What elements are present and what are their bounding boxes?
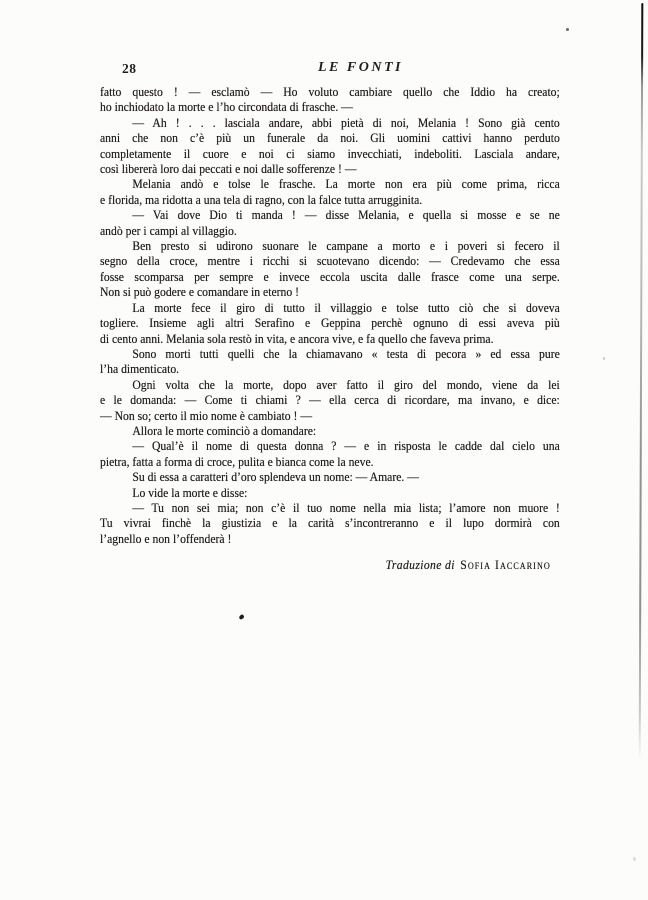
text-line: Ben presto si udirono suonare le campane… <box>100 238 560 253</box>
text-line: l’ha dimenticato. <box>100 361 560 376</box>
text-line: Ogni volta che la morte, dopo aver fatto… <box>100 377 560 392</box>
translator-credit-prefix: Traduzione di <box>386 557 455 572</box>
scanned-book-page: 28 LE FONTI fatto questo ! — esclamò — H… <box>0 0 648 900</box>
scan-speck-artifact <box>603 357 605 360</box>
text-line: Melania andò e tolse le frasche. La mort… <box>100 176 560 191</box>
text-line: togliere. Insieme agli altri Serafino e … <box>100 315 560 330</box>
text-line: Lo vide la morte e disse: <box>100 485 560 500</box>
text-line: l’agnello e non l’offenderà ! <box>100 531 560 546</box>
text-line: Su di essa a caratteri d’oro splendeva u… <box>100 469 560 484</box>
text-line: Non si può godere e comandare in eterno … <box>100 284 560 299</box>
text-line: fosse scomparsa per sempre e invece ecco… <box>100 269 560 284</box>
text-line: e florida, ma ridotta a una tela di ragn… <box>100 192 560 207</box>
running-title: LE FONTI <box>318 60 403 76</box>
text-line: Sono morti tutti quelli che la chiamavan… <box>100 346 560 361</box>
scan-speck-artifact <box>633 857 636 861</box>
text-line: pietra, fatta a forma di croce, pulita e… <box>100 454 560 469</box>
text-line: — Ah ! . . . lasciala andare, abbi pietà… <box>100 115 560 130</box>
translator-name: Sofia Iaccarino <box>460 557 551 572</box>
text-line: — Vai dove Dio ti manda ! — disse Melani… <box>100 207 560 222</box>
text-line: — Non so; certo il mio nome è cambiato !… <box>100 408 560 423</box>
text-line: completamente il cuore e noi ci siamo in… <box>100 146 560 161</box>
translator-credit: Traduzione diSofia Iaccarino <box>100 557 560 572</box>
scan-speck-artifact <box>566 28 569 31</box>
text-line: fatto questo ! — esclamò — Ho voluto cam… <box>100 84 560 99</box>
ink-speck-artifact <box>238 614 244 620</box>
page-number: 28 <box>122 61 137 77</box>
text-line: andò per i campi al villaggio. <box>100 223 560 238</box>
scan-edge-line-artifact <box>639 3 644 760</box>
text-line: e le domanda: — Come ti chiami ? — ella … <box>100 392 560 407</box>
text-line: Tu vivrai finchè la giustizia e la carit… <box>100 515 560 530</box>
text-line: Allora le morte cominciò a domandare: <box>100 423 560 438</box>
text-line: così libererà loro dai peccati e noi dal… <box>100 161 560 176</box>
text-line: — Tu non sei mia; non c’è il tuo nome ne… <box>100 500 560 515</box>
text-line: di cento anni. Melania sola restò in vit… <box>100 331 560 346</box>
text-line: — Qual’è il nome di questa donna ? — e i… <box>100 438 560 453</box>
text-line: La morte fece il giro di tutto il villag… <box>100 300 560 315</box>
text-line: segno della croce, mentre i ricchi si sc… <box>100 253 560 268</box>
body-text-block: fatto questo ! — esclamò — Ho voluto cam… <box>100 84 560 573</box>
text-line: anni che non c’è più un funerale da noi.… <box>100 130 560 145</box>
text-line: ho inchiodato la morte e l’ho circondata… <box>100 99 560 114</box>
